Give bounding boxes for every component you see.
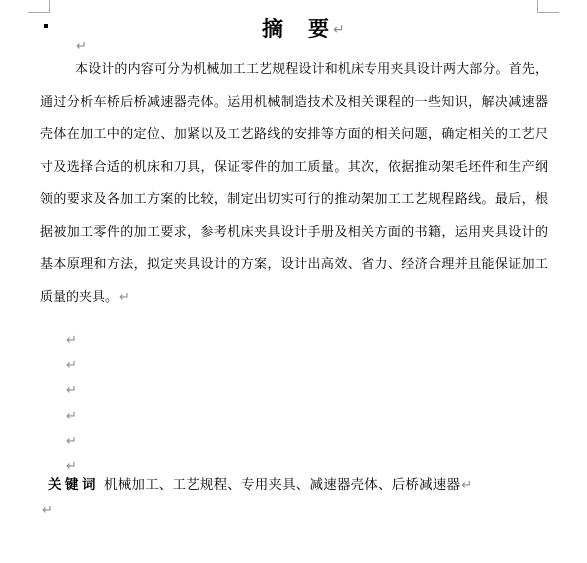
paragraph-mark-icon: ↵: [66, 353, 77, 378]
crop-mark-top-left-icon: [28, 0, 50, 13]
paragraph-mark-icon: ↵: [66, 328, 77, 353]
body-text-line[interactable]: 本设计的内容可分为机械加工工艺规程设计和机床专用夹具设计两大部分。首先，: [40, 53, 548, 86]
crop-mark-top-right-icon: [537, 0, 559, 13]
document-page[interactable]: 摘 要↵ ↵ 本设计的内容可分为机械加工工艺规程设计和机床专用夹具设计两大部分。…: [0, 0, 587, 563]
paragraph-mark-icon: ↵: [66, 429, 77, 454]
body-text-line[interactable]: 寸及选择合适的机床和刀具，保证零件的加工质量。其次，依据推动架毛坯件和生产纲: [40, 151, 548, 184]
paragraph-mark-icon: ↵: [76, 40, 87, 53]
body-text-line-text: 质量的夹具。: [40, 289, 118, 304]
body-text-line[interactable]: 据被加工零件的加工要求，参考机床夹具设计手册及相关方面的书籍，运用夹具设计的: [40, 216, 548, 249]
paragraph-mark-icon: ↵: [66, 404, 77, 429]
paragraph-mark-icon: ↵: [66, 378, 77, 403]
body-text-line[interactable]: 基本原理和方法，拟定夹具设计的方案，设计出高效、省力、经济合理并且能保证加工: [40, 248, 548, 281]
document-body-paragraph[interactable]: 本设计的内容可分为机械加工工艺规程设计和机床专用夹具设计两大部分。首先， 通过分…: [40, 53, 548, 313]
body-text-line[interactable]: 通过分析车桥后桥减速器壳体。运用机械制造技术及相关课程的一些知识，解决减速器: [40, 86, 548, 119]
page-title: 摘 要↵: [262, 17, 345, 42]
paragraph-mark-icon: ↵: [461, 478, 472, 493]
body-text-line[interactable]: 质量的夹具。↵: [40, 281, 548, 314]
paragraph-mark-icon: ↵: [333, 22, 345, 38]
paragraph-mark-icon: ↵: [42, 504, 53, 517]
body-text-line[interactable]: 壳体在加工中的定位、加紧以及工艺路线的安排等方面的相关问题，确定相关的工艺尺: [40, 118, 548, 151]
paragraph-mark-icon: ↵: [119, 290, 130, 305]
page-title-text: 摘 要: [262, 17, 331, 41]
keywords-line[interactable]: 关键词机械加工、工艺规程、专用夹具、减速器壳体、后桥减速器↵: [48, 476, 472, 495]
empty-paragraphs-column: ↵ ↵ ↵ ↵ ↵ ↵: [66, 328, 77, 479]
paragraph-properties-square-icon: [44, 24, 48, 28]
body-text-line[interactable]: 领的要求及各加工方案的比较，制定出切实可行的推动架加工工艺规程路线。最后，根: [40, 183, 548, 216]
keywords-label: 关键词: [48, 477, 99, 492]
keywords-text: 机械加工、工艺规程、专用夹具、减速器壳体、后桥减速器: [104, 477, 460, 492]
